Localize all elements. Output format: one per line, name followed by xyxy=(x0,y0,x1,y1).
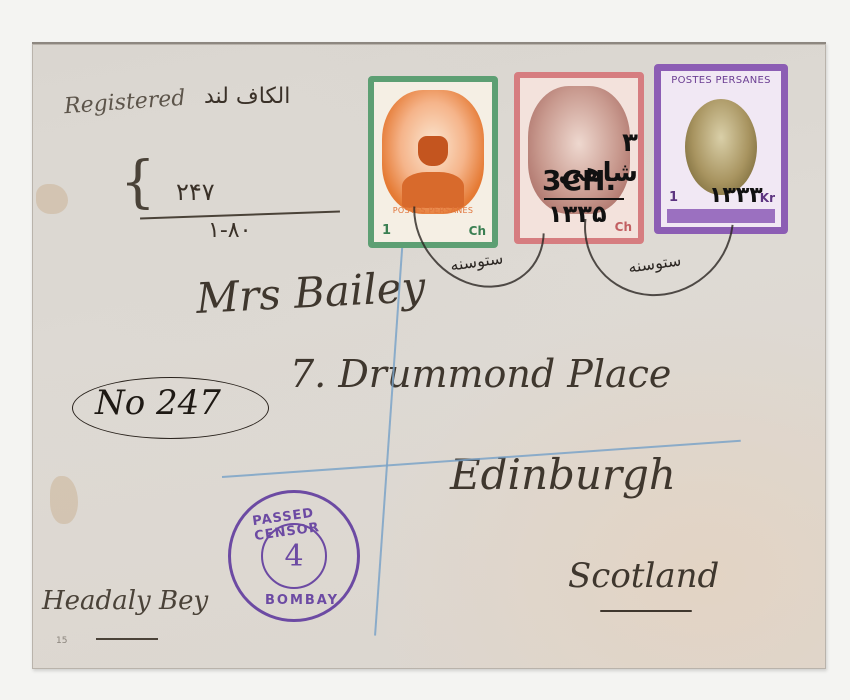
address-line-4: Scotland xyxy=(568,556,719,596)
brace-mark: { xyxy=(120,150,156,215)
censor-bottom-text: BOMBAY xyxy=(265,593,339,608)
address-line-2: 7. Drummond Place xyxy=(290,352,671,396)
censor-inner-circle: 4 xyxy=(261,523,327,589)
registered-persian-annotation: الکاف لند xyxy=(204,84,290,109)
registration-number: No 247 xyxy=(95,383,221,423)
lower-left-note: Headaly Bey xyxy=(42,586,208,616)
censor-number: 4 xyxy=(284,539,303,574)
censor-mark: PASSED CENSOR 4 BOMBAY xyxy=(228,490,360,622)
underline xyxy=(600,610,692,612)
stamp-label: POSTES PERSANES xyxy=(661,75,781,86)
pencil-mark: 15 xyxy=(56,636,67,646)
underline xyxy=(96,638,158,640)
persian-fraction-annotation: ۱-۸۰ xyxy=(208,218,251,243)
stain xyxy=(36,184,68,214)
persian-number-annotation: ۲۴۷ xyxy=(176,178,215,206)
stamp-value: 1 xyxy=(382,223,391,238)
stain xyxy=(50,476,78,524)
